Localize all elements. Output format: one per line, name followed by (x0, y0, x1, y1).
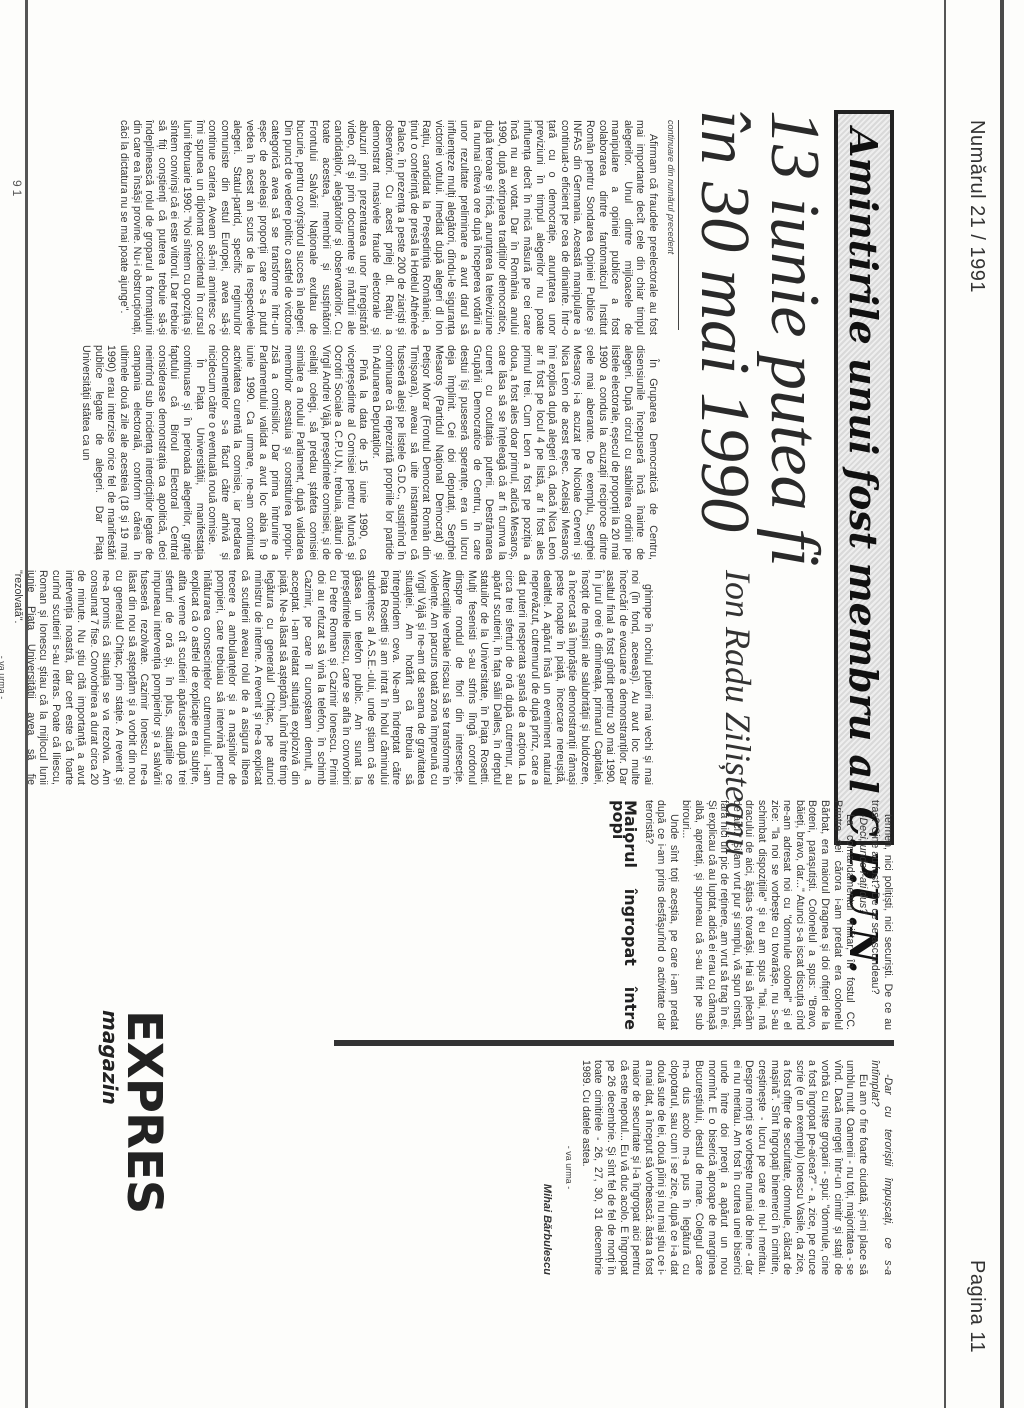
paragraph: Afirmam că fraudele preelectorale au fos… (117, 120, 659, 335)
side-article-column-b: -Dar cu teroriștii împușcați, ce s-a înt… (540, 1060, 894, 1275)
article-column-1: Afirmam că fraudele preelectorale au fos… (117, 120, 659, 335)
header-rule (944, 0, 946, 1408)
issue-number: Numărul 21 / 1991 (965, 120, 988, 293)
paragraph: -Deci, unde i-ați dus? (856, 800, 869, 1030)
newspaper-page: Numărul 21 / 1991 Pagina 11 Amintirile u… (0, 0, 1024, 1408)
paragraph: Unde sînt toți aceștia, pe care i-am pre… (642, 800, 680, 1030)
top-rule (1000, 0, 1004, 1408)
page-number: Pagina 11 (965, 1260, 988, 1353)
to-be-continued: - va urma - (563, 1060, 576, 1275)
paragraph: Eu am o fire foarte ciudată, și-mi place… (579, 1060, 869, 1275)
to-be-continued: - va urma - (0, 570, 8, 785)
paragraph: ghimpe în ochiul puterii mai vechi și ma… (12, 570, 654, 785)
paragraph: termen, nici polițiști, nici securiști. … (869, 800, 894, 1030)
title-line-2: în 30 mai 1990 (689, 110, 759, 567)
bottom-rule (25, 0, 28, 1408)
author-name: Mihai Bărbulescu (540, 1060, 553, 1275)
column-separator (334, 1040, 894, 1046)
article-column-2: În Gruparea Democratică de Centru, disen… (80, 345, 659, 560)
side-article-column-a: termen, nici polițiști, nici securiști. … (607, 800, 894, 1030)
article-title: 13 iunie putea fi în 30 mai 1990 (689, 110, 829, 567)
expres-magazin-logo: EXPRES magazin (90, 1010, 164, 1213)
kicker-banner: Amintirile unui fost membru al C.P.U.N. (834, 110, 894, 845)
paragraph: În Gruparea Democratică de Centru, disen… (369, 345, 659, 560)
paragraph: În Piața Universității, manifestația con… (80, 345, 206, 560)
article-column-3: ghimpe în ochiul puterii mai vechi și ma… (0, 570, 654, 785)
edge-marks: 91 (10, 180, 24, 199)
subheading: Maiorul îngropat între popi (611, 800, 636, 1030)
paragraph: -Dar cu teroriștii împușcați, ce s-a înt… (869, 1060, 894, 1275)
continuation-note: continuare din numărul precedent (666, 120, 679, 330)
title-line-1: 13 iunie putea fi (759, 110, 829, 567)
paragraph: Pînă la data de 15 iunie 1990, ca vicepr… (206, 345, 370, 560)
paragraph: La comandamentul militar, în fostul CC. … (680, 800, 856, 1030)
